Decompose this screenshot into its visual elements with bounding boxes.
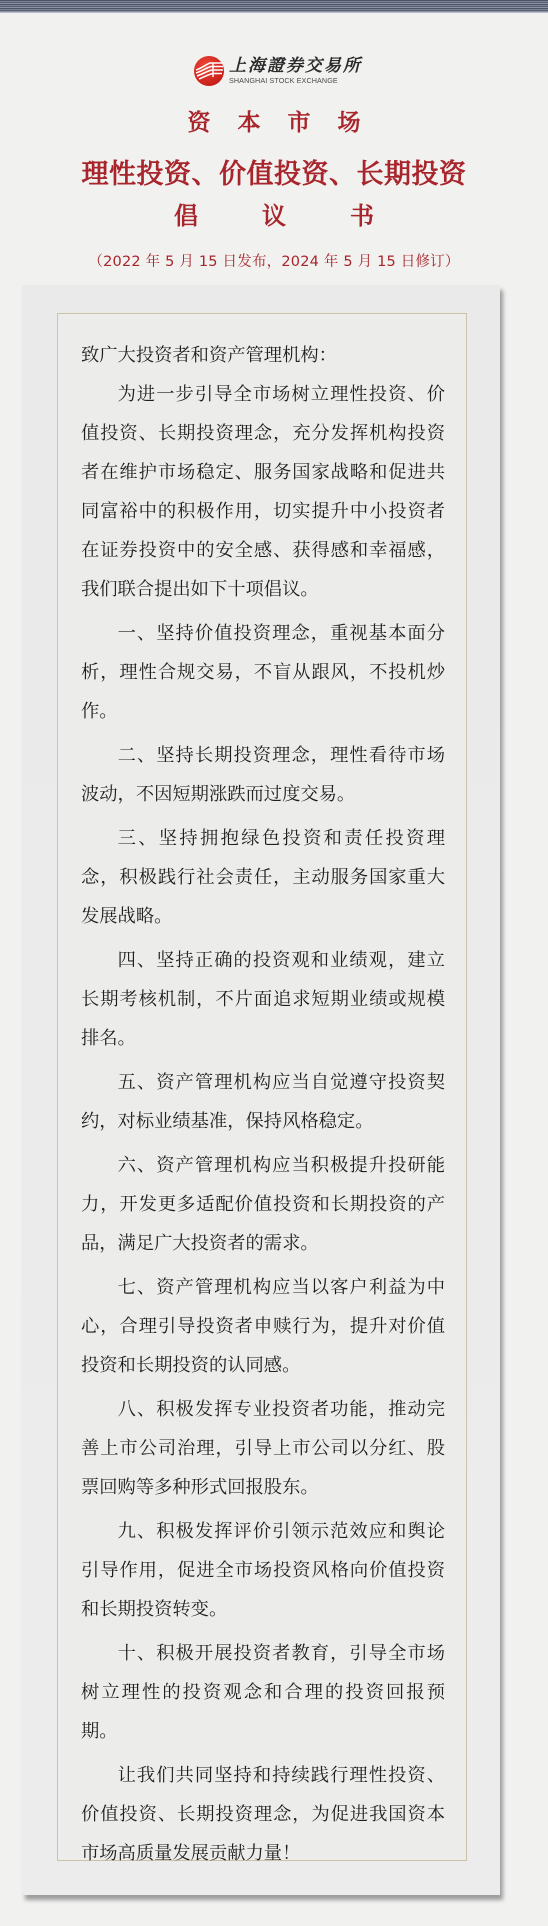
initiative-item-9: 九、积极发挥评价引领示范效应和舆论引导作用，促进全市场投资风格向价值投资和长期投… — [81, 1512, 445, 1629]
initiative-item-5: 五、资产管理机构应当自觉遵守投资契约，对标业绩基准，保持风格稳定。 — [81, 1063, 445, 1141]
salutation: 致广大投资者和资产管理机构： — [81, 336, 445, 375]
initiative-item-7: 七、资产管理机构应当以客户利益为中心，合理引导投资者申赎行为，提升对价值投资和长… — [81, 1268, 445, 1385]
initiative-item-2: 二、坚持长期投资理念，理性看待市场波动，不因短期涨跌而过度交易。 — [81, 736, 445, 814]
initiative-item-10: 十、积极开展投资者教育，引导全市场树立理性的投资观念和合理的投资回报预期。 — [81, 1634, 445, 1751]
initiative-item-8: 八、积极发挥专业投资者功能，推动完善上市公司治理，引导上市公司以分红、股票回购等… — [81, 1390, 445, 1507]
initiative-item-6: 六、资产管理机构应当积极提升投研能力，开发更多适配价值投资和长期投资的产品，满足… — [81, 1146, 445, 1263]
top-decorative-bar — [0, 0, 548, 12]
initiative-item-1: 一、坚持价值投资理念，重视基本面分析，理性合规交易，不盲从跟风，不投机炒作。 — [81, 614, 445, 731]
sse-logo-icon — [193, 55, 225, 87]
logo-name-en: SHANGHAI STOCK EXCHANGE — [229, 76, 362, 85]
letter-body: 致广大投资者和资产管理机构： 为进一步引导全市场树立理性投资、价值投资、长期投资… — [81, 336, 445, 1878]
title-line-2: 理性投资、价值投资、长期投资 — [0, 152, 548, 191]
title-line-1: 资本市场 — [0, 104, 548, 137]
logo-name-cn: 上海證券交易所 — [229, 57, 362, 75]
date-subtitle: （2022 年 5 月 15 日发布，2024 年 5 月 15 日修订） — [0, 250, 548, 271]
intro-paragraph: 为进一步引导全市场树立理性投资、价值投资、长期投资理念，充分发挥机构投资者在维护… — [81, 375, 445, 609]
initiative-item-3: 三、坚持拥抱绿色投资和责任投资理念，积极践行社会责任，主动服务国家重大发展战略。 — [81, 819, 445, 936]
sse-logo: 上海證券交易所 SHANGHAI STOCK EXCHANGE — [193, 55, 362, 87]
initiative-item-4: 四、坚持正确的投资观和业绩观，建立长期考核机制，不片面追求短期业绩或规模排名。 — [81, 941, 445, 1058]
closing-paragraph: 让我们共同坚持和持续践行理性投资、价值投资、长期投资理念，为促进我国资本市场高质… — [81, 1756, 445, 1873]
title-line-3: 倡议书 — [0, 196, 548, 231]
